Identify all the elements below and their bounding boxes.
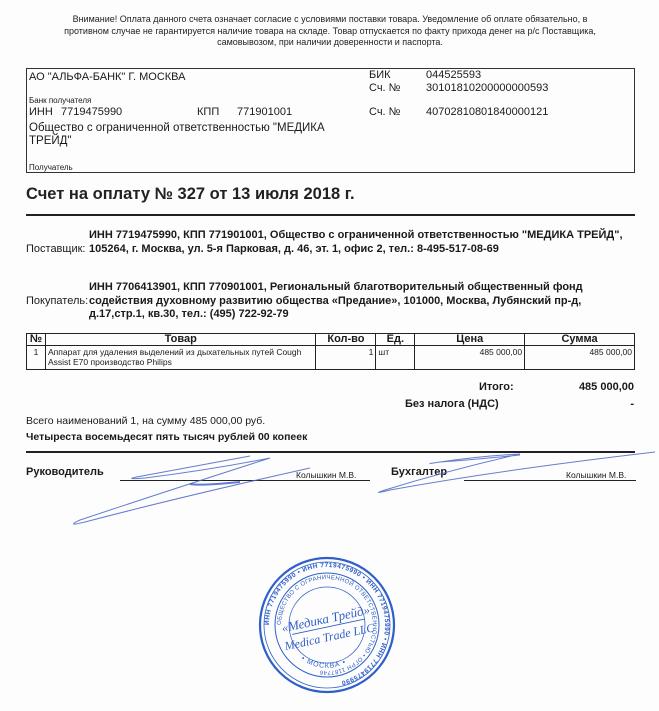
- buyer-block: Покупатель: ИНН 7706413901, КПП 77090100…: [26, 281, 635, 323]
- amount-in-words: Четыреста восемьдесят пять тысяч рублей …: [26, 431, 307, 443]
- accountant-name: Колышкин М.В.: [566, 470, 626, 480]
- total-label: Итого:: [479, 381, 514, 393]
- bik-value: 044525593: [426, 69, 481, 81]
- account-value-cell: 40702810801840000121: [424, 106, 634, 173]
- supplier-block: Поставщик: ИНН 7719475990, КПП 771901001…: [26, 229, 635, 271]
- corr-account-value: 30101810200000000593: [426, 82, 548, 94]
- payment-notice: Внимание! Оплата данного счета означает …: [60, 14, 600, 49]
- corr-account-label-cell: Сч. №: [367, 82, 424, 106]
- row-num: 1: [27, 346, 46, 370]
- bik-label: БИК: [369, 69, 391, 81]
- col-header-sum: Сумма: [525, 334, 635, 346]
- recipient-name: Общество с ограниченной ответственностью…: [29, 122, 365, 147]
- vat-label: Без налога (НДС): [405, 398, 499, 410]
- kpp-cell: КПП 771901001: [195, 106, 367, 120]
- recipient-label: Получатель: [29, 163, 73, 172]
- summary-divider: [26, 451, 635, 453]
- bik-value-cell: 044525593: [424, 69, 634, 82]
- col-header-unit: Ед.: [376, 334, 415, 346]
- recipient-cell: Общество с ограниченной ответственностью…: [27, 120, 367, 173]
- row-sum: 485 000,00: [525, 346, 635, 370]
- bank-label: Банк получателя: [29, 96, 91, 105]
- director-signature-line: [120, 480, 370, 481]
- bik-label-cell: БИК: [367, 69, 424, 82]
- account-label: Сч. №: [369, 106, 400, 118]
- director-name: Колышкин М.В.: [296, 470, 356, 480]
- col-header-qty: Кол-во: [316, 334, 376, 346]
- items-header-row: № Товар Кол-во Ед. Цена Сумма: [27, 334, 635, 346]
- supplier-label: Поставщик:: [26, 243, 85, 255]
- corr-account-value-cell: 30101810200000000593: [424, 82, 634, 106]
- row-product: Аппарат для удаления выделений из дыхате…: [45, 346, 316, 370]
- col-header-num: №: [27, 334, 46, 346]
- accountant-signature-line: [464, 480, 636, 481]
- inn-cell: ИНН 7719475990: [27, 106, 195, 120]
- bank-name-cell: АО "АЛЬФА-БАНК" Г. МОСКВА Банк получател…: [27, 69, 367, 106]
- bank-name: АО "АЛЬФА-БАНК" Г. МОСКВА: [29, 71, 185, 83]
- account-value: 40702810801840000121: [426, 106, 548, 118]
- buyer-label: Покупатель:: [26, 295, 88, 307]
- company-stamp: ИНН 7719475990 • ИНН 7719475990 • ИНН 77…: [257, 555, 397, 695]
- inn-label: ИНН: [29, 106, 53, 118]
- row-qty: 1: [316, 346, 376, 370]
- items-table: № Товар Кол-во Ед. Цена Сумма 1 Аппарат …: [26, 333, 635, 370]
- row-unit: шт: [376, 346, 415, 370]
- invoice-title: Счет на оплату № 327 от 13 июля 2018 г.: [26, 185, 355, 204]
- vat-value: -: [565, 398, 634, 410]
- title-divider: [26, 214, 635, 216]
- bank-details-table: АО "АЛЬФА-БАНК" Г. МОСКВА Банк получател…: [26, 68, 635, 173]
- col-header-product: Товар: [45, 334, 316, 346]
- row-price: 485 000,00: [415, 346, 525, 370]
- corr-account-label: Сч. №: [369, 82, 400, 94]
- accountant-label: Бухгалтер: [391, 466, 447, 478]
- kpp-value: 771901001: [237, 106, 292, 118]
- col-header-price: Цена: [415, 334, 525, 346]
- items-count-summary: Всего наименований 1, на сумму 485 000,0…: [26, 415, 265, 427]
- supplier-value: ИНН 7719475990, КПП 771901001, Общество …: [89, 229, 629, 256]
- kpp-label: КПП: [197, 106, 219, 118]
- buyer-value: ИНН 7706413901, КПП 770901001, Региональ…: [89, 281, 629, 322]
- table-row: 1 Аппарат для удаления выделений из дыха…: [27, 346, 635, 370]
- total-value: 485 000,00: [565, 381, 634, 393]
- director-label: Руководитель: [26, 466, 104, 478]
- account-label-cell: Сч. №: [367, 106, 424, 173]
- inn-value: 7719475990: [61, 106, 122, 118]
